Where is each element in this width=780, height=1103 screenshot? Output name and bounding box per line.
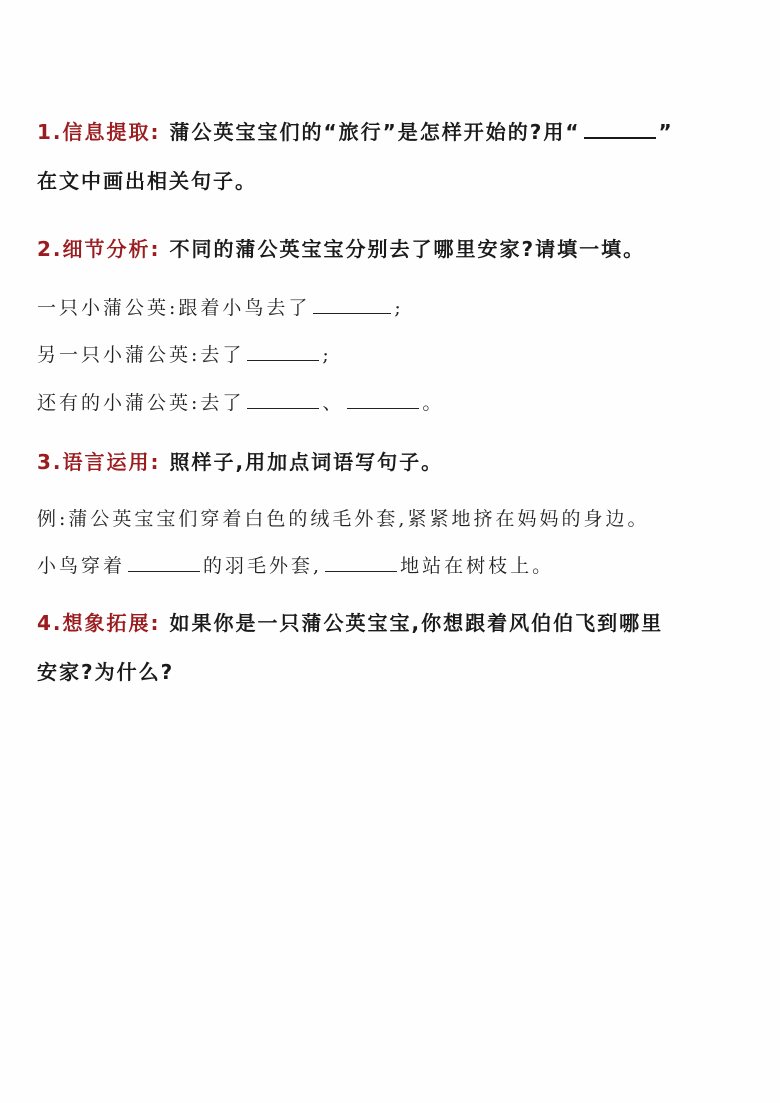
question-2-fill-line-3: 还有的小蒲公英:去了、。 (37, 390, 444, 415)
question-4-text-continued: 安家?为什么? (37, 660, 174, 684)
q3-blank-2[interactable] (325, 553, 397, 572)
question-3-text: 照样子,用加点词语写句子。 (169, 450, 443, 474)
q3-fill-middle: 的羽毛外套, (203, 555, 322, 577)
question-4-line-2: 安家?为什么? (37, 643, 747, 701)
q3-fill-prefix: 小鸟穿着 (37, 555, 125, 577)
question-2-fill-line-1: 一只小蒲公英:跟着小鸟去了; (37, 295, 404, 320)
q3-blank-1[interactable] (128, 553, 200, 572)
fill-line-3-separator: 、 (322, 392, 344, 414)
question-3-fill-line: 小鸟穿着的羽毛外套,地站在树枝上。 (37, 553, 554, 578)
question-3-heading: 3.语言运用: 照样子,用加点词语写句子。 (37, 433, 747, 491)
fill-line-2-blank[interactable] (247, 342, 319, 361)
question-4-text: 如果你是一只蒲公英宝宝,你想跟着风伯伯飞到哪里 (169, 611, 663, 635)
question-1-text-continued: 在文中画出相关句子。 (37, 169, 257, 193)
example-sentence: 例:蒲公英宝宝们穿着白色的绒毛外套,紧紧地挤在妈妈的身边。 (37, 508, 649, 530)
fill-line-1-blank[interactable] (313, 295, 391, 314)
question-3-example: 例:蒲公英宝宝们穿着白色的绒毛外套,紧紧地挤在妈妈的身边。 (37, 507, 649, 531)
question-1-label: 1.信息提取: (37, 120, 161, 144)
question-1-text: 蒲公英宝宝们的“旅行”是怎样开始的?用“ (169, 120, 580, 144)
question-1-blank[interactable] (584, 121, 656, 139)
fill-line-2-suffix: ; (322, 344, 331, 366)
question-2-heading: 2.细节分析: 不同的蒲公英宝宝分别去了哪里安家?请填一填。 (37, 220, 747, 278)
fill-line-1-suffix: ; (394, 297, 403, 319)
fill-line-2-prefix: 另一只小蒲公英:去了 (37, 344, 244, 366)
question-2-fill-line-2: 另一只小蒲公英:去了; (37, 342, 332, 367)
fill-line-3-suffix: 。 (422, 392, 444, 414)
fill-line-3-prefix: 还有的小蒲公英:去了 (37, 392, 244, 414)
question-1-quote-close: ” (659, 120, 674, 144)
fill-line-3-blank-1[interactable] (247, 390, 319, 409)
question-1-line-2: 在文中画出相关句子。 (37, 152, 747, 210)
fill-line-3-blank-2[interactable] (347, 390, 419, 409)
q3-fill-suffix: 地站在树枝上。 (400, 555, 554, 577)
fill-line-1-prefix: 一只小蒲公英:跟着小鸟去了 (37, 297, 310, 319)
question-3-label: 3.语言运用: (37, 450, 161, 474)
question-2-label: 2.细节分析: (37, 237, 161, 261)
question-2-text: 不同的蒲公英宝宝分别去了哪里安家?请填一填。 (169, 237, 645, 261)
question-4-label: 4.想象拓展: (37, 611, 161, 635)
